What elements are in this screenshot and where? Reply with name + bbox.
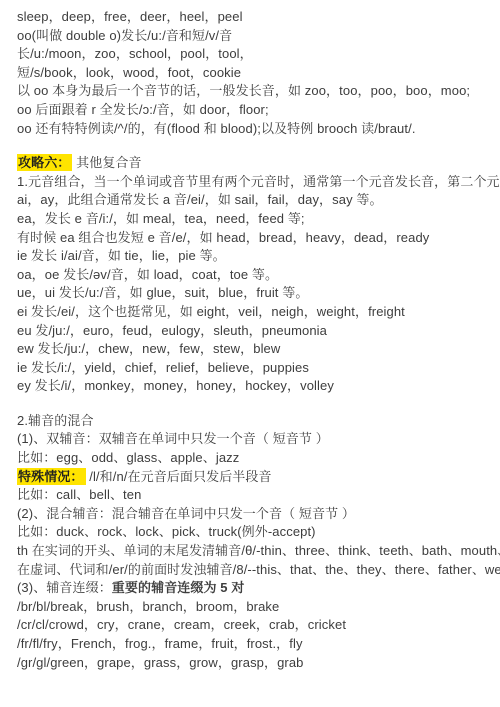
text-line: (1)、双辅音：双辅音在单词中只发一个音（ 短音节 ） — [17, 430, 494, 449]
text-line: 比如：egg、odd、glass、apple、jazz — [17, 449, 494, 468]
text-segment: 有时候 ea 组合也发短 e 音/e/，如 head，bread，heavy，d… — [17, 230, 429, 245]
text-segment: 其他复合音 — [72, 155, 141, 170]
text-segment: eu 发/ju:/，euro，feud，eulogy，sleuth，pneumo… — [17, 323, 327, 338]
text-line: ey 发长/i/，monkey，money，honey，hockey，volle… — [17, 377, 494, 396]
text-segment: (3)、辅音连缀： — [17, 580, 112, 595]
text-segment: th 在实词的开头、单词的末尾发清辅音/θ/-thin、three、think、… — [17, 543, 500, 558]
text-line: ea，发长 e 音/i:/，如 meal，tea，need，feed 等; — [17, 210, 494, 229]
text-segment: sleep，deep，free，deer，heel，peel — [17, 9, 243, 24]
text-line: sleep，deep，free，deer，heel，peel — [17, 8, 494, 27]
text-line: 比如：call、bell、ten — [17, 486, 494, 505]
text-segment: 长/u:/moon，zoo，school，pool，tool， — [17, 46, 253, 61]
text-segment: ue，ui 发长/u:/音，如 glue，suit，blue，fruit 等。 — [17, 285, 308, 300]
text-line: th 在实词的开头、单词的末尾发清辅音/θ/-thin、three、think、… — [17, 542, 494, 561]
text-line: eu 发/ju:/，euro，feud，eulogy，sleuth，pneumo… — [17, 322, 494, 341]
text-line: ei 发长/ei/，这个也挺常见，如 eight，veil，neigh，weig… — [17, 303, 494, 322]
text-segment: (2)、混合辅音：混合辅音在单词中只发一个音（ 短音节 ） — [17, 506, 355, 521]
text-segment: 1.元音组合，当一个单词或音节里有两个元音时，通常第一个元音发长音，第二个元音不… — [17, 174, 500, 189]
text-segment: /cr/cl/crowd，cry，crane，cream，creek，crab，… — [17, 617, 346, 632]
text-line: ai，ay，此组合通常发长 a 音/ei/，如 sail，fail，day，sa… — [17, 191, 494, 210]
text-segment: 比如：call、bell、ten — [17, 487, 141, 502]
text-segment: 比如：duck、rock、lock、pick、truck(例外-accept) — [17, 524, 316, 539]
text-line: 比如：duck、rock、lock、pick、truck(例外-accept) — [17, 523, 494, 542]
blank-line — [17, 138, 494, 154]
document-page: sleep，deep，free，deer，heel，peeloo(叫做 doub… — [0, 0, 500, 707]
text-line: ie 发长/i:/，yield，chief，relief，believe，pup… — [17, 359, 494, 378]
text-segment: ew 发长/ju:/，chew，new，few，stew，blew — [17, 341, 280, 356]
text-line: (3)、辅音连缀：重要的辅音连缀为 5 对 — [17, 579, 494, 598]
text-segment: oo(叫做 double o)发长/u:/音和短/v/音 — [17, 28, 232, 43]
text-segment: ei 发长/ei/，这个也挺常见，如 eight，veil，neigh，weig… — [17, 304, 405, 319]
highlighted-label: 攻略六： — [17, 154, 72, 171]
text-segment: ie 发长/i:/，yield，chief，relief，believe，pup… — [17, 360, 309, 375]
text-segment: 比如：egg、odd、glass、apple、jazz — [17, 450, 239, 465]
text-line: 在虚词、代词和/er/的前面时发浊辅音/8/--this、that、the、th… — [17, 561, 494, 580]
text-segment: 在虚词、代词和/er/的前面时发浊辅音/8/--this、that、the、th… — [17, 562, 500, 577]
text-segment: ai，ay，此组合通常发长 a 音/ei/，如 sail，fail，day，sa… — [17, 192, 383, 207]
bold-text: 重要的辅音连缀为 5 对 — [112, 580, 245, 595]
text-segment: /gr/gl/green，grape，grass，grow，grasp，grab — [17, 655, 304, 670]
text-segment: (1)、双辅音：双辅音在单词中只发一个音（ 短音节 ） — [17, 431, 329, 446]
text-line: oo 还有特特例读/^/的，有(flood 和 blood);以及特例 broo… — [17, 120, 494, 139]
text-segment: ey 发长/i/，monkey，money，honey，hockey，volle… — [17, 378, 334, 393]
text-line: oo(叫做 double o)发长/u:/音和短/v/音 — [17, 27, 494, 46]
text-segment: oo 还有特特例读/^/的，有(flood 和 blood);以及特例 broo… — [17, 121, 416, 136]
text-line: oa，oe 发长/əv/音，如 load，coat，toe 等。 — [17, 266, 494, 285]
text-segment: /fr/fl/fry，French，frog.，frame，fruit，fros… — [17, 636, 303, 651]
text-line: /cr/cl/crowd，cry，crane，cream，creek，crab，… — [17, 616, 494, 635]
text-segment: oa，oe 发长/əv/音，如 load，coat，toe 等。 — [17, 267, 278, 282]
text-segment: 短/s/book，look，wood，foot，cookie — [17, 65, 241, 80]
blank-line — [17, 396, 494, 412]
highlighted-label: 特殊情况： — [17, 468, 86, 485]
text-line: 长/u:/moon，zoo，school，pool，tool， — [17, 45, 494, 64]
text-line: 特殊情况： /l/和/n/在元音后面只发后半段音 — [17, 468, 494, 487]
text-segment: /br/bl/break，brush，branch，broom，brake — [17, 599, 279, 614]
text-line: /fr/fl/fry，French，frog.，frame，fruit，fros… — [17, 635, 494, 654]
text-line: ie 发长 i/ai/音，如 tie，lie，pie 等。 — [17, 247, 494, 266]
text-segment: ie 发长 i/ai/音，如 tie，lie，pie 等。 — [17, 248, 226, 263]
text-line: 1.元音组合，当一个单词或音节里有两个元音时，通常第一个元音发长音，第二个元音不… — [17, 173, 494, 192]
text-segment: 以 oo 本身为最后一个音节的话，一般发长音，如 zoo，too，poo，boo… — [17, 83, 470, 98]
text-segment: 2.辅音的混合 — [17, 413, 94, 428]
text-segment: oo 后面跟着 r 全发长/ɔ:/音，如 door，floor; — [17, 102, 269, 117]
text-line: oo 后面跟着 r 全发长/ɔ:/音，如 door，floor; — [17, 101, 494, 120]
text-line: 短/s/book，look，wood，foot，cookie — [17, 64, 494, 83]
text-line: (2)、混合辅音：混合辅音在单词中只发一个音（ 短音节 ） — [17, 505, 494, 524]
text-line: ew 发长/ju:/，chew，new，few，stew，blew — [17, 340, 494, 359]
document-body: sleep，deep，free，deer，heel，peeloo(叫做 doub… — [17, 8, 494, 672]
text-line: 攻略六： 其他复合音 — [17, 154, 494, 173]
text-line: 以 oo 本身为最后一个音节的话，一般发长音，如 zoo，too，poo，boo… — [17, 82, 494, 101]
text-line: /br/bl/break，brush，branch，broom，brake — [17, 598, 494, 617]
text-line: ue，ui 发长/u:/音，如 glue，suit，blue，fruit 等。 — [17, 284, 494, 303]
text-line: 有时候 ea 组合也发短 e 音/e/，如 head，bread，heavy，d… — [17, 229, 494, 248]
text-line: 2.辅音的混合 — [17, 412, 494, 431]
text-segment: /l/和/n/在元音后面只发后半段音 — [86, 469, 272, 484]
text-line: /gr/gl/green，grape，grass，grow，grasp，grab — [17, 654, 494, 673]
text-segment: ea，发长 e 音/i:/，如 meal，tea，need，feed 等; — [17, 211, 305, 226]
